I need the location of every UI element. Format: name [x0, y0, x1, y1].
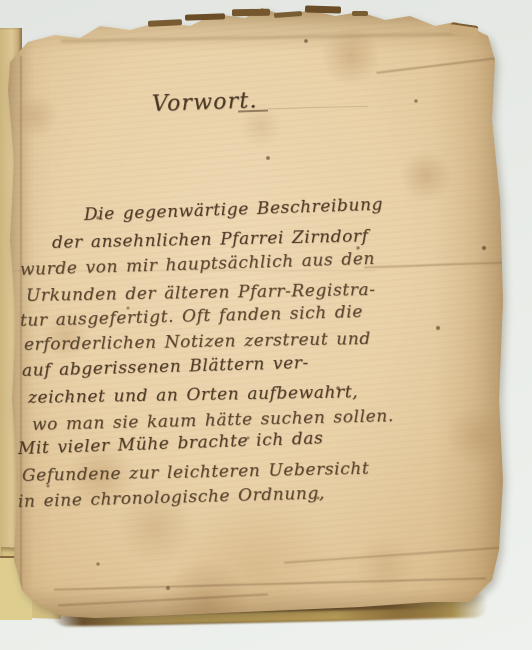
manuscript-leaf-wrap: Vorwort. Die gegenwärtige Beschreibung d…: [0, 0, 532, 650]
page-title: Vorwort.: [152, 90, 258, 116]
manuscript-photo: Vorwort. Die gegenwärtige Beschreibung d…: [0, 0, 532, 650]
torn-edge-chip: [232, 9, 270, 17]
torn-edge-chip: [352, 11, 368, 16]
torn-edge-chip: [305, 5, 341, 13]
manuscript-page: Vorwort. Die gegenwärtige Beschreibung d…: [6, 6, 508, 622]
